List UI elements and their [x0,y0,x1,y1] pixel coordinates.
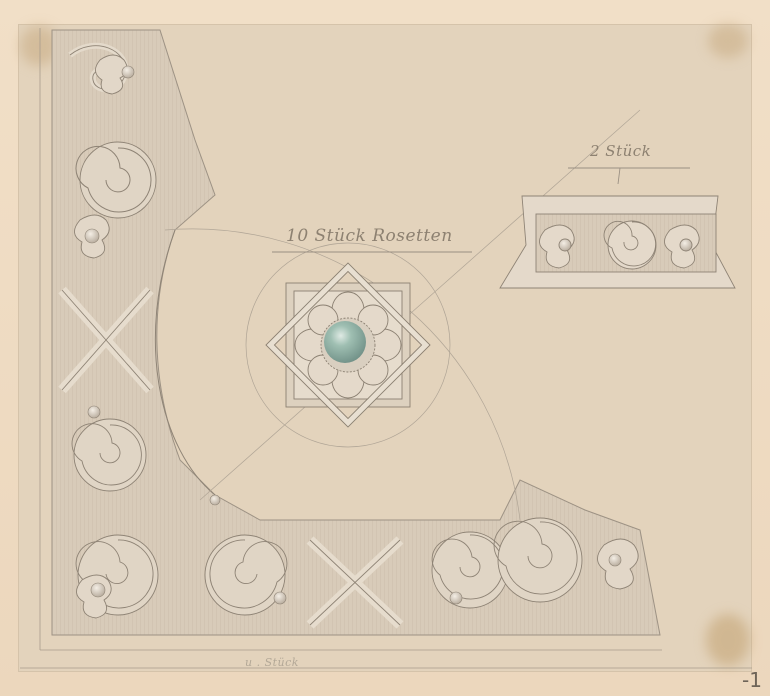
bottom-faint-label: u . Stück [245,656,299,669]
page-mark: -1 [742,668,762,692]
ornament-drawing [0,0,770,696]
panel-count-label: 2 Stück [590,142,651,160]
teal-boss [324,321,366,363]
small-scroll-panel [500,196,735,288]
rosette-count-label: 10 Stück Rosetten [286,226,453,246]
central-rosette [266,263,430,427]
